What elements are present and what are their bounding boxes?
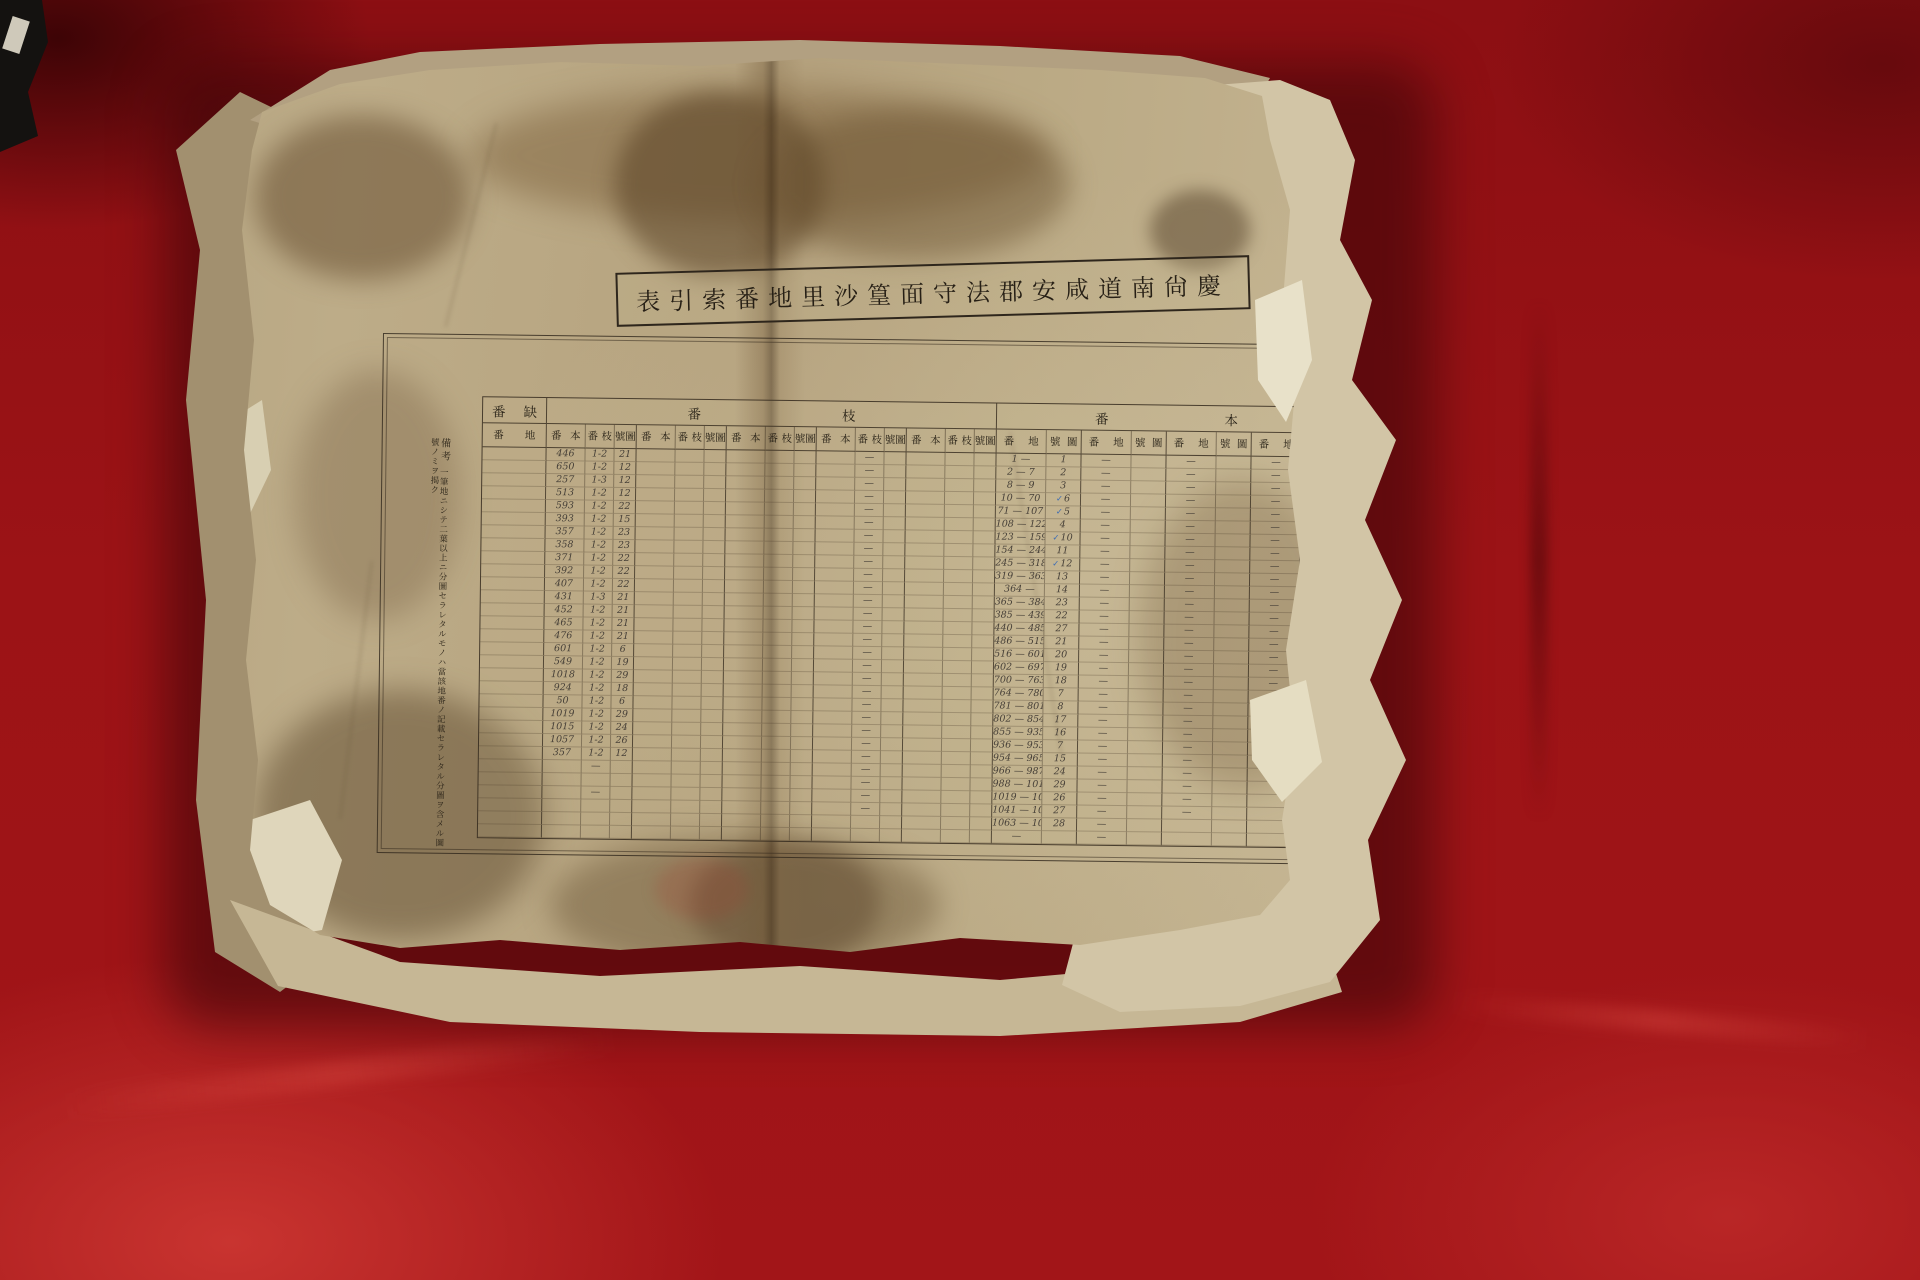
table-cell xyxy=(581,825,610,838)
table-cell xyxy=(725,606,764,619)
header-char: 番 xyxy=(1095,407,1109,427)
table-cell xyxy=(581,799,610,812)
table-cell xyxy=(1212,820,1247,833)
table-cell: 1-2 xyxy=(584,539,613,552)
table-cell xyxy=(479,707,543,721)
table-cell: — xyxy=(1080,533,1130,547)
table-cell: — xyxy=(852,738,881,751)
table-cell xyxy=(1215,573,1250,586)
table-cell xyxy=(674,580,703,593)
table-cell: 936 — 953 xyxy=(993,739,1043,753)
table-cell xyxy=(971,752,993,765)
table-cell xyxy=(794,464,816,477)
table-cell: 1019 xyxy=(543,708,582,721)
table-cell xyxy=(479,759,543,773)
table-cell: 1-2 xyxy=(583,617,612,630)
table-cell: 24 xyxy=(1043,766,1078,779)
table-cell xyxy=(881,699,903,712)
table-cell xyxy=(812,815,851,828)
table-cell xyxy=(883,530,905,543)
table-cell xyxy=(1128,702,1163,715)
table-cell xyxy=(762,750,791,763)
table-cell xyxy=(943,648,972,661)
table-cell xyxy=(725,554,764,567)
table-cell xyxy=(884,465,906,478)
dark-object-highlight xyxy=(2,16,30,54)
table-cell xyxy=(1215,586,1250,599)
table-cell xyxy=(636,449,675,462)
table-cell: 23 xyxy=(613,527,635,540)
table-cell xyxy=(883,608,905,621)
table-cell: — xyxy=(1164,677,1214,691)
table-cell: 1-2 xyxy=(584,552,613,565)
table-cell xyxy=(1216,521,1251,534)
table-cell xyxy=(903,725,942,738)
column-header: 號圖 xyxy=(795,427,817,451)
table-cell xyxy=(1215,599,1250,612)
table-cell xyxy=(973,544,995,557)
table-cell xyxy=(763,685,792,698)
table-cell: — xyxy=(1079,689,1129,703)
table-cell xyxy=(906,517,945,530)
table-cell xyxy=(1127,832,1162,845)
table-cell: — xyxy=(1165,599,1215,613)
table-cell xyxy=(672,697,701,710)
table-cell xyxy=(722,801,761,814)
table-cell xyxy=(972,635,994,648)
table-cell xyxy=(942,700,971,713)
table-cell xyxy=(632,813,671,826)
table-cell: 1 — xyxy=(996,454,1046,468)
table-cell xyxy=(761,802,790,815)
table-cell xyxy=(904,660,943,673)
table-cell xyxy=(480,629,544,643)
dark-object-corner xyxy=(0,0,52,152)
table-cell xyxy=(972,687,994,700)
table-cell xyxy=(941,791,970,804)
table-cell: — xyxy=(855,465,884,478)
table-cell: — xyxy=(851,803,880,816)
table-cell xyxy=(700,801,722,814)
table-cell xyxy=(790,828,812,841)
table-cell xyxy=(816,477,855,490)
table-cell xyxy=(903,699,942,712)
table-cell: 22 xyxy=(614,501,636,514)
table-cell xyxy=(480,668,544,682)
table-cell xyxy=(701,749,723,762)
table-cell: 21 xyxy=(1044,636,1079,649)
table-cell xyxy=(634,683,673,696)
table-cell xyxy=(674,567,703,580)
table-cell: — xyxy=(1251,509,1301,523)
table-cell: — xyxy=(1250,548,1300,562)
table-cell xyxy=(673,645,702,658)
table-cell xyxy=(478,811,542,825)
table-cell xyxy=(673,684,702,697)
table-cell: 446 xyxy=(546,448,585,461)
table-cell: 26 xyxy=(611,735,633,748)
blue-check-mark: ✓ xyxy=(1056,494,1063,504)
table-cell: 21 xyxy=(612,631,634,644)
table-cell: 29 xyxy=(611,709,633,722)
table-cell xyxy=(883,569,905,582)
table-cell: 1-2 xyxy=(582,695,611,708)
table-cell xyxy=(851,829,880,842)
column-header: 號圖 xyxy=(1132,431,1167,455)
table-cell: — xyxy=(1080,585,1130,599)
table-cell: — xyxy=(854,608,883,621)
table-cell xyxy=(883,595,905,608)
table-cell xyxy=(632,774,671,787)
table-cell xyxy=(611,761,633,774)
table-cell xyxy=(482,447,546,461)
table-cell xyxy=(945,492,974,505)
table-cell xyxy=(671,801,700,814)
header-char: 枝 xyxy=(842,404,856,424)
table-cell: — xyxy=(1163,768,1213,782)
table-cell: 357 xyxy=(545,526,584,539)
table-cell xyxy=(704,502,726,515)
table-cell: — xyxy=(1250,587,1300,601)
table-cell xyxy=(880,829,902,842)
table-cell xyxy=(542,825,581,838)
table-cell xyxy=(1129,650,1164,663)
table-cell xyxy=(1216,469,1251,482)
table-cell: 1063 — 1084 xyxy=(992,817,1042,831)
table-cell: — xyxy=(1077,780,1127,794)
table-cell xyxy=(815,529,854,542)
table-cell xyxy=(702,684,724,697)
table-cell xyxy=(1214,612,1249,625)
table-cell xyxy=(851,816,880,829)
table-cell: 371 xyxy=(545,552,584,565)
table-cell xyxy=(1212,833,1247,846)
table-cell xyxy=(941,830,970,843)
table-cell: 12 xyxy=(614,488,636,501)
table-cell xyxy=(970,804,992,817)
table-cell xyxy=(478,772,542,786)
table-cell xyxy=(478,824,542,838)
table-cell xyxy=(764,607,793,620)
table-cell: — xyxy=(854,595,883,608)
table-cell xyxy=(904,647,943,660)
column-header: 番地 xyxy=(483,423,547,448)
table-cell xyxy=(633,709,672,722)
table-cell: 357 xyxy=(543,747,582,760)
table-cell: 1019 — 1040 xyxy=(992,791,1042,805)
table-cell xyxy=(702,619,724,632)
table-cell: 24 xyxy=(611,722,633,735)
table-cell xyxy=(481,577,545,591)
table-cell xyxy=(971,765,993,778)
table-cell xyxy=(1213,729,1248,742)
table-cell xyxy=(1127,780,1162,793)
table-cell xyxy=(482,460,546,474)
table-cell: 1-2 xyxy=(584,565,613,578)
table-cell: 18 xyxy=(1044,675,1079,688)
table-cell xyxy=(792,659,814,672)
table-cell: — xyxy=(1081,481,1131,495)
table-cell xyxy=(635,592,674,605)
table-cell: 2 — 7 xyxy=(996,467,1046,481)
table-cell: — xyxy=(1164,651,1214,665)
table-cell: 802 — 854 xyxy=(993,713,1043,727)
table-cell xyxy=(703,541,725,554)
table-cell: 29 xyxy=(612,670,634,683)
table-cell xyxy=(701,736,723,749)
table-cell xyxy=(1212,807,1247,820)
table-cell xyxy=(1129,624,1164,637)
table-cell xyxy=(725,593,764,606)
table-cell xyxy=(905,582,944,595)
table-cell xyxy=(542,773,581,786)
table-cell xyxy=(816,490,855,503)
table-cell xyxy=(703,593,725,606)
table-cell: 385 — 439 xyxy=(995,609,1045,623)
table-cell: — xyxy=(854,530,883,543)
table-cell xyxy=(816,516,855,529)
table-cell xyxy=(1127,793,1162,806)
table-cell: — xyxy=(1078,767,1128,781)
table-cell xyxy=(634,657,673,670)
table-cell xyxy=(1216,482,1251,495)
table-cell xyxy=(480,642,544,656)
table-cell xyxy=(812,802,851,815)
table-cell: — xyxy=(855,491,884,504)
table-cell: 10 — 70 xyxy=(996,493,1046,507)
table-cell xyxy=(881,738,903,751)
table-cell xyxy=(635,579,674,592)
table-cell xyxy=(1128,728,1163,741)
table-cell xyxy=(790,789,812,802)
table-cell xyxy=(700,814,722,827)
table-cell: — xyxy=(1164,612,1214,626)
table-cell xyxy=(1130,572,1165,585)
table-cell xyxy=(723,697,762,710)
table-cell xyxy=(813,724,852,737)
table-cell: — xyxy=(1166,495,1216,509)
table-cell xyxy=(701,697,723,710)
table-cell: 71 — 107 xyxy=(996,506,1046,520)
table-cell: 393 xyxy=(546,513,585,526)
table-cell xyxy=(1162,833,1212,847)
table-cell: 855 — 935 xyxy=(993,726,1043,740)
table-cell xyxy=(761,828,790,841)
table-cell xyxy=(761,789,790,802)
table-cell xyxy=(905,556,944,569)
table-cell xyxy=(722,775,761,788)
table-cell xyxy=(632,800,671,813)
header-char: 番 xyxy=(492,400,506,420)
table-cell: 27 xyxy=(1042,805,1077,818)
table-cell xyxy=(703,554,725,567)
table-cell xyxy=(674,593,703,606)
table-cell xyxy=(761,815,790,828)
table-cell xyxy=(972,661,994,674)
table-cell: — xyxy=(1078,702,1128,716)
table-cell xyxy=(480,655,544,669)
table-cell: 27 xyxy=(1044,623,1079,636)
column-header: 番地 xyxy=(1082,431,1132,456)
table-cell: 28 xyxy=(1042,818,1077,831)
table-cell xyxy=(902,803,941,816)
table-cell xyxy=(1215,560,1250,573)
table-cell: 1-2 xyxy=(584,604,613,617)
table-cell xyxy=(1129,637,1164,650)
table-cell xyxy=(883,543,905,556)
table-cell: 516 — 601 xyxy=(994,648,1044,662)
table-cell: 1-3 xyxy=(584,591,613,604)
table-cell xyxy=(880,790,902,803)
table-cell xyxy=(906,465,945,478)
table-cell xyxy=(764,555,793,568)
table-cell xyxy=(813,711,852,724)
table-cell xyxy=(724,671,763,684)
table-cell xyxy=(884,504,906,517)
table-cell xyxy=(763,646,792,659)
table-cell xyxy=(702,671,724,684)
table-cell xyxy=(1214,677,1249,690)
table-cell xyxy=(633,696,672,709)
table-cell xyxy=(673,619,702,632)
table-cell xyxy=(884,491,906,504)
table-cell xyxy=(974,466,996,479)
table-cell: — xyxy=(1078,754,1128,768)
table-cell xyxy=(793,581,815,594)
table-cell xyxy=(1213,768,1248,781)
table-cell xyxy=(882,660,904,673)
table-cell xyxy=(813,737,852,750)
table-cell: 966 — 987 xyxy=(993,765,1043,779)
table-cell xyxy=(973,596,995,609)
table-cell xyxy=(944,544,973,557)
table-cell xyxy=(765,516,794,529)
table-cell xyxy=(703,580,725,593)
table-cell xyxy=(1213,755,1248,768)
table-cell xyxy=(974,505,996,518)
table-cell: — xyxy=(1163,755,1213,769)
table-cell xyxy=(764,594,793,607)
table-cell xyxy=(944,596,973,609)
table-cell: — xyxy=(1079,624,1129,638)
table-cell xyxy=(482,473,546,487)
table-cell xyxy=(672,762,701,775)
table-cell xyxy=(480,681,544,695)
table-cell xyxy=(634,618,673,631)
table-cell: 23 xyxy=(613,540,635,553)
table-cell xyxy=(671,827,700,840)
table-cell xyxy=(1131,520,1166,533)
table-cell xyxy=(815,555,854,568)
table-cell xyxy=(543,760,582,773)
cloth-wrinkle xyxy=(61,1026,620,1120)
table-cell: 1-2 xyxy=(585,513,614,526)
table-cell: — xyxy=(1078,715,1128,729)
section-header-ketsuban: 番缺 xyxy=(483,397,547,424)
table-cell xyxy=(792,633,814,646)
table-cell: — xyxy=(1162,781,1212,795)
table-cell xyxy=(675,502,704,515)
table-cell xyxy=(882,673,904,686)
blue-check-mark: ✓ xyxy=(1052,533,1059,543)
table-cell xyxy=(1129,663,1164,676)
table-cell: — xyxy=(1165,534,1215,548)
table-cell: 764 — 780 xyxy=(994,687,1044,701)
table-cell xyxy=(726,476,765,489)
table-cell: — xyxy=(1077,806,1127,820)
table-cell xyxy=(970,778,992,791)
table-cell xyxy=(635,605,674,618)
table-cell: — xyxy=(582,760,611,773)
table-cell xyxy=(479,720,543,734)
table-cell xyxy=(765,451,794,464)
table-cell: 1-2 xyxy=(582,721,611,734)
table-cell xyxy=(704,489,726,502)
table-cell: — xyxy=(851,790,880,803)
table-cell xyxy=(765,490,794,503)
table-cell: 486 — 515 xyxy=(994,635,1044,649)
table-cell xyxy=(974,453,996,466)
table-cell xyxy=(704,450,726,463)
column-header: 號圖 xyxy=(885,428,907,452)
table-cell xyxy=(724,645,763,658)
table-cell xyxy=(945,466,974,479)
table-cell xyxy=(635,566,674,579)
table-cell xyxy=(763,633,792,646)
table-cell: 1 xyxy=(1046,454,1081,467)
table-cell: 392 xyxy=(545,565,584,578)
remark-label: 備考 xyxy=(438,438,449,464)
table-cell xyxy=(702,645,724,658)
table-cell xyxy=(942,765,971,778)
table-cell xyxy=(763,672,792,685)
table-cell xyxy=(1128,767,1163,780)
table-cell xyxy=(481,551,545,565)
table-cell: 602 — 697 xyxy=(994,661,1044,675)
table-cell: 7 xyxy=(1043,740,1078,753)
table-cell: — xyxy=(1163,703,1213,717)
table-cell: — xyxy=(1080,572,1130,586)
table-cell xyxy=(764,581,793,594)
table-cell xyxy=(944,531,973,544)
table-cell xyxy=(672,710,701,723)
table-cell: 123 — 159 xyxy=(995,531,1045,545)
table-cell: — xyxy=(854,569,883,582)
table-cell: — xyxy=(1081,507,1131,521)
table-cell xyxy=(971,713,993,726)
table-cell: 11 xyxy=(1045,545,1080,558)
table-cell xyxy=(792,685,814,698)
table-cell xyxy=(815,607,854,620)
table-cell: 1015 xyxy=(543,721,582,734)
table-cell: ✓12 xyxy=(1045,558,1080,571)
table-cell xyxy=(790,776,812,789)
table-cell xyxy=(1215,547,1250,560)
table-cell xyxy=(882,647,904,660)
table-cell xyxy=(945,453,974,466)
table-cell xyxy=(972,674,994,687)
table-cell: 1-2 xyxy=(583,643,612,656)
column-header: 番本 xyxy=(727,426,766,450)
table-cell xyxy=(794,503,816,516)
table-cell xyxy=(941,804,970,817)
table-cell xyxy=(672,749,701,762)
table-cell: — xyxy=(1080,559,1130,573)
table-cell xyxy=(903,764,942,777)
table-cell xyxy=(765,464,794,477)
table-cell xyxy=(481,590,545,604)
table-cell xyxy=(610,800,632,813)
